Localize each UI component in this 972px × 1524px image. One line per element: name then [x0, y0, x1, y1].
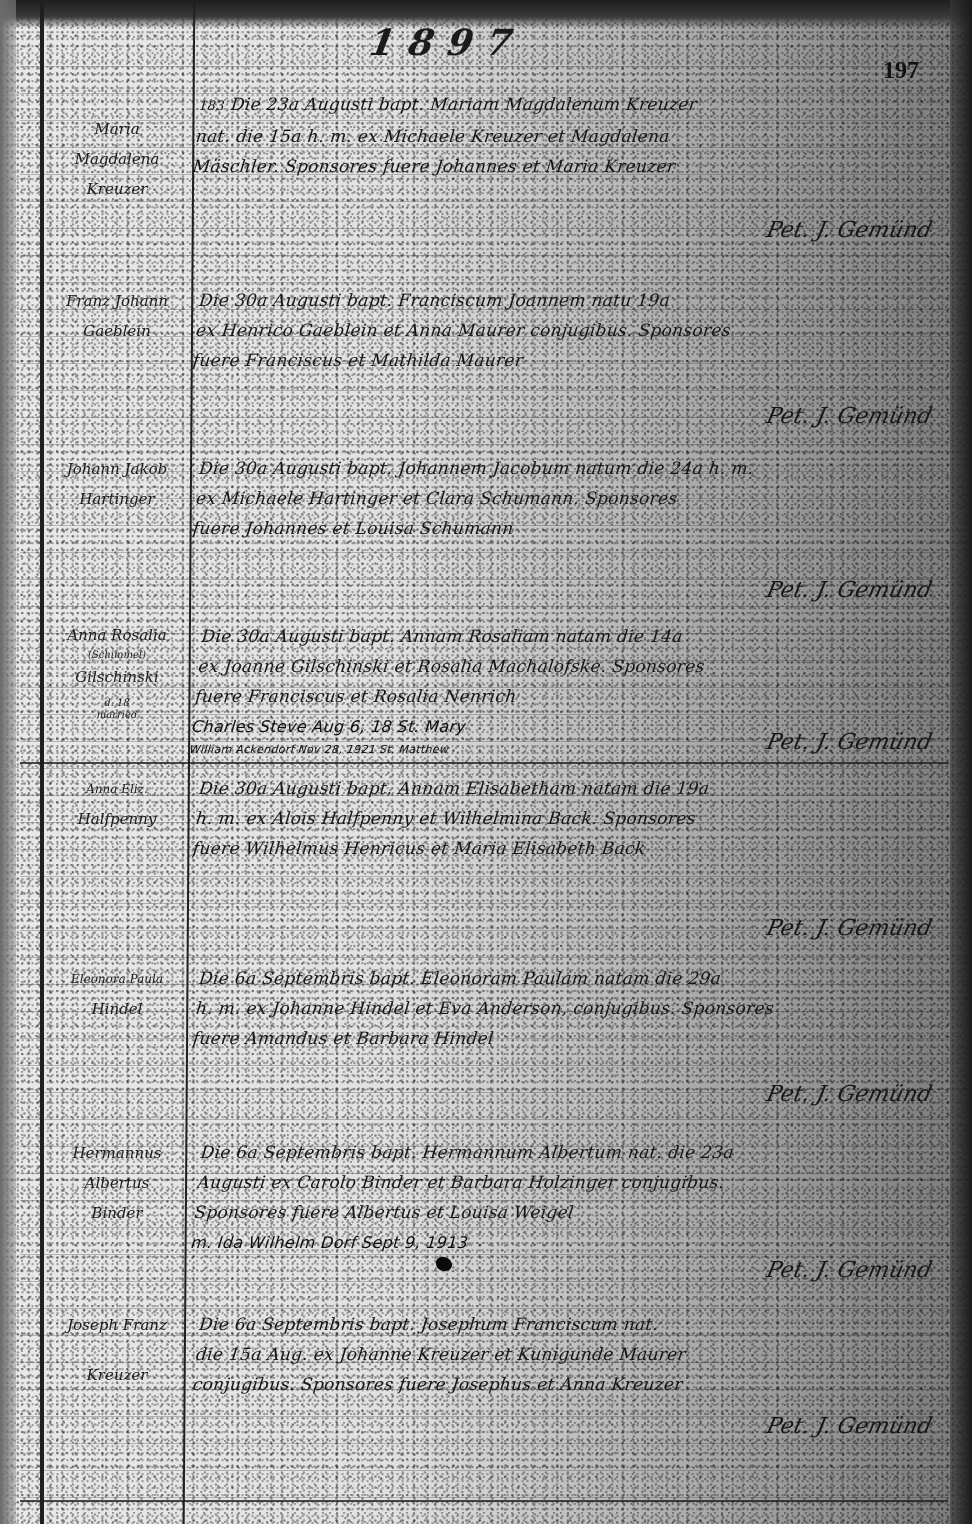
margin-annotation: d. 18 [48, 698, 186, 710]
margin-child-name: Hermannus Albertus Binder [48, 1138, 186, 1228]
register-year: 1897 [366, 22, 530, 64]
margin-annotation: married [48, 710, 186, 722]
priest-signature: Pet. J. Gemünd [765, 1258, 935, 1283]
priest-signature: Pet. J. Gemünd [765, 1082, 935, 1107]
priest-signature: Pet. J. Gemünd [765, 404, 935, 429]
register-page-scan: 1897 197 Maria Magdalena Kreuzer 183Die … [0, 0, 972, 1524]
margin-child-name: Eleonora Paula Hindel [48, 964, 186, 1024]
entry-text: Die 6a Septembris bapt. Josephum Francis… [191, 1310, 940, 1400]
priest-signature: Pet. J. Gemünd [765, 578, 935, 603]
entry-text: Die 6a Septembris bapt. Hermannum Albert… [190, 1138, 943, 1258]
priest-signature: Pet. J. Gemünd [765, 916, 935, 941]
margin-child-name: Franz Johann Gaeblein [48, 286, 186, 346]
entry-text: 183Die 23a Augusti bapt. Mariam Magdalen… [191, 90, 941, 182]
scan-right-edge [950, 0, 972, 1524]
later-marriage-note: m. Ida Wilhelm Dorf Sept 9, 1913 [190, 1228, 933, 1258]
scan-left-edge [0, 0, 16, 1524]
entry-text: Die 30a Augusti bapt. Annam Elisabetham … [191, 774, 940, 864]
ink-blot [436, 1257, 452, 1271]
section-divider-line [20, 762, 948, 764]
entry-text: Die 30a Augusti bapt. Franciscum Joannem… [191, 286, 940, 376]
ruled-lines [20, 40, 948, 1504]
margin-child-name: Maria Magdalena Kreuzer [48, 114, 186, 204]
entry-text: Die 6a Septembris bapt. Eleonoram Paulam… [191, 964, 940, 1054]
priest-signature: Pet. J. Gemünd [765, 218, 935, 243]
entry-number: 183 [198, 99, 225, 114]
margin-child-name: Anna Eliz. Halfpenny [48, 774, 186, 834]
page-number: 197 [883, 58, 919, 85]
margin-child-name: Johann Jakob Hartinger [48, 454, 186, 514]
priest-signature: Pet. J. Gemünd [765, 1414, 935, 1439]
margin-child-name: Anna Rosalia (Schimmel) Gilschinski d. 1… [48, 620, 186, 722]
margin-child-name: Joseph Franz Kreuzer [48, 1310, 186, 1390]
page-bottom-line [20, 1500, 948, 1502]
entry-text: Die 30a Augusti bapt. Johannem Jacobum n… [191, 454, 940, 544]
priest-signature: Pet. J. Gemünd [765, 730, 935, 755]
